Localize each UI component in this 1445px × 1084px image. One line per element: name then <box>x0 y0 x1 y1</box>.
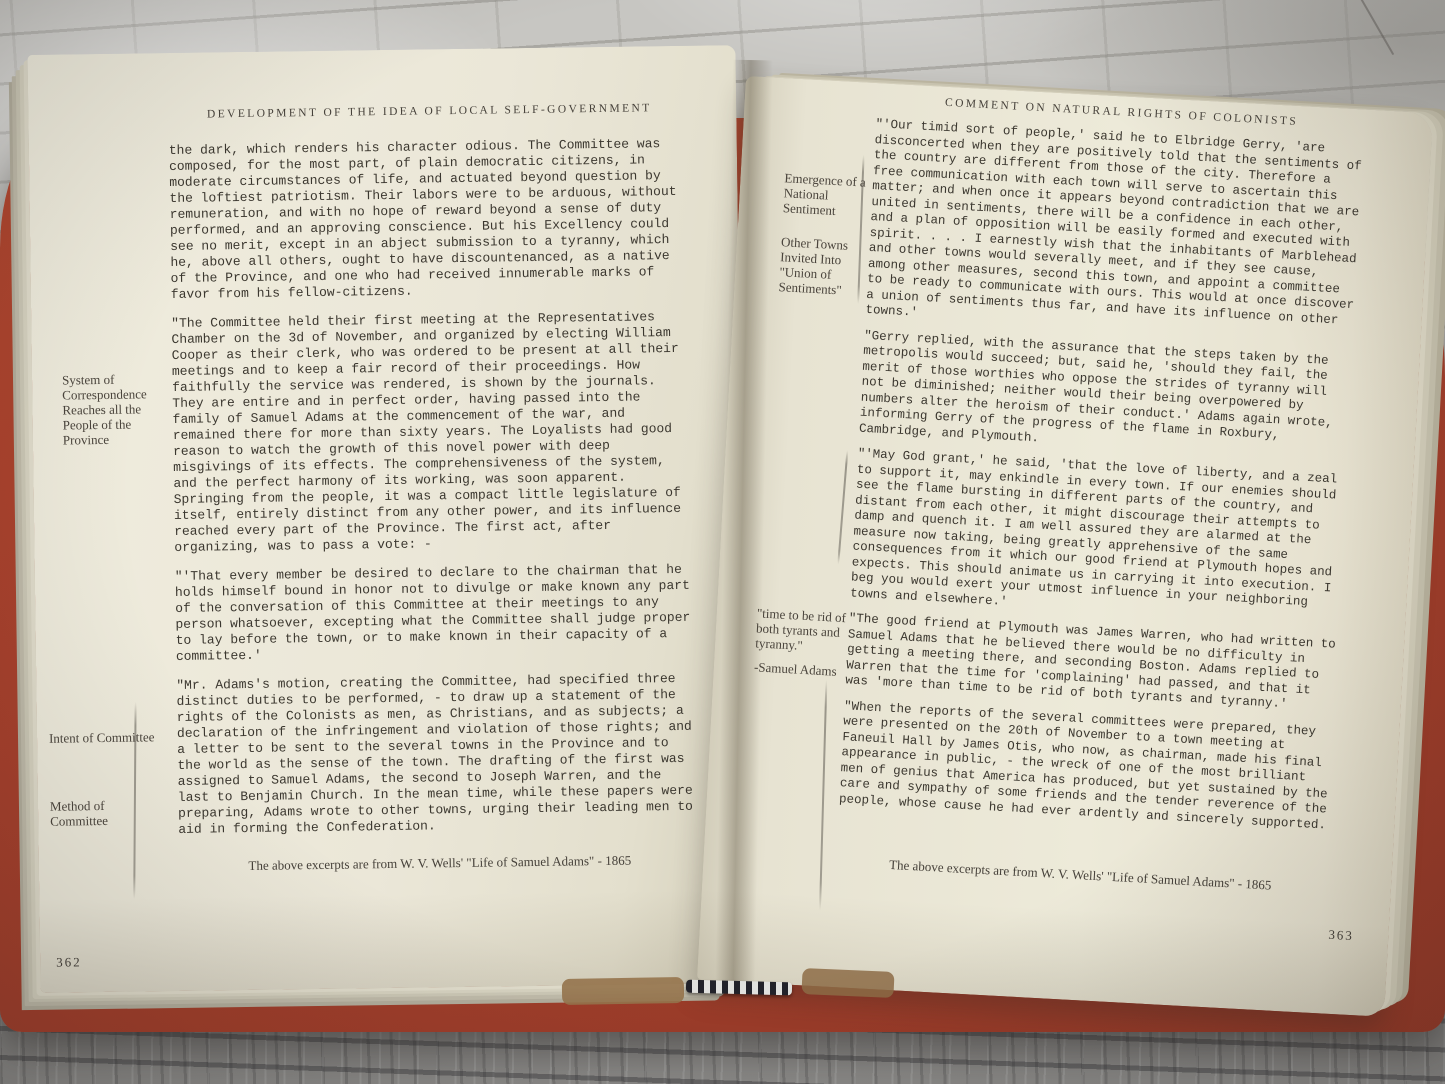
quote-attribution: -Samuel Adams <box>754 659 859 680</box>
margin-note-emergence-national-sentiment: Emergence of a National Sentiment <box>783 170 885 220</box>
left-page-body: the dark, which renders his character od… <box>169 136 701 838</box>
paragraph: "Gerry replied, with the assurance that … <box>859 328 1354 463</box>
left-page: DEVELOPMENT OF THE IDEA OF LOCAL SELF-GO… <box>27 45 748 993</box>
right-source-note: The above excerpts are from W. V. Wells'… <box>835 854 1325 896</box>
paragraph: the dark, which renders his character od… <box>169 136 693 303</box>
paragraph: "'Our timid sort of people,' said he to … <box>865 117 1365 345</box>
right-page-body: "'Our timid sort of people,' said he to … <box>839 117 1366 833</box>
margin-note-intent-of-committee: Intent of Committee <box>49 729 161 746</box>
paragraph: "The Committee held their first meeting … <box>171 309 696 556</box>
paragraph: "When the reports of the several committ… <box>839 699 1334 834</box>
quote-text: "time to be rid of both tyrants and tyra… <box>755 605 846 652</box>
margin-note-system-of-correspondence: System of Correspondence Reaches all the… <box>62 371 175 448</box>
paragraph: "'May God grant,' he said, 'that the lov… <box>850 447 1348 628</box>
right-page-number: 363 <box>1328 927 1354 944</box>
spine-headband <box>686 980 792 996</box>
pencil-margin-mark <box>819 679 827 911</box>
left-running-head: DEVELOPMENT OF THE IDEA OF LOCAL SELF-GO… <box>168 102 690 121</box>
right-page: COMMENT ON NATURAL RIGHTS OF COLONISTS E… <box>697 76 1433 1017</box>
spine-binding-fabric <box>562 977 684 1005</box>
wall-crack <box>1348 0 1395 55</box>
margin-note-method-of-committee: Method of Committee <box>50 797 162 829</box>
paragraph: "Mr. Adams's motion, creating the Commit… <box>176 671 700 838</box>
paragraph: "'That every member be desired to declar… <box>175 562 698 665</box>
paragraph: "The good friend at Plymouth was James W… <box>845 611 1338 715</box>
pencil-margin-mark <box>837 450 848 565</box>
left-page-number: 362 <box>56 954 82 970</box>
left-source-note: The above excerpts are from W. V. Wells'… <box>179 852 701 875</box>
spine-binding-fabric <box>801 968 894 998</box>
